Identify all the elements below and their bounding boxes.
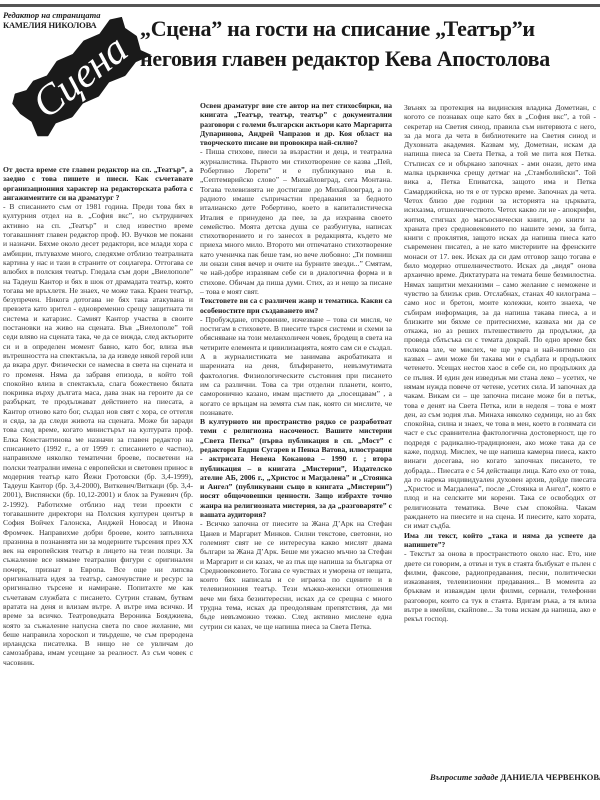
- byline-label: Въпросите зададе: [430, 772, 498, 782]
- section-banner: Сцена: [8, 13, 152, 142]
- page-editor-credit: Редактор на страницата КАМЕЛИЯ НИКОЛОВА: [3, 10, 101, 30]
- interview-question: В културното ни пространство рядко се ра…: [200, 417, 392, 519]
- article-headline: „Сцена” на гости на списание „Театър”и н…: [140, 14, 600, 74]
- article-column-1: От доста време сте главен редактор на сп…: [3, 165, 193, 667]
- interview-question: Освен драматург вие сте автор на пет сти…: [200, 101, 392, 147]
- interview-answer: - Текстът за онова в пространството окол…: [404, 549, 596, 623]
- headline-line-2: неговия главен редактор Кева Апостолова: [140, 44, 600, 74]
- interview-answer: - В списанието съм от 1981 година. Преди…: [3, 202, 193, 667]
- interview-question: От доста време сте главен редактор на сп…: [3, 165, 193, 202]
- top-rule: [0, 4, 600, 7]
- editor-role: Редактор на страницата: [3, 10, 101, 20]
- interview-answer: Звънях за протекция на видинския владика…: [404, 103, 596, 531]
- interview-question: Текстовете ви са с различен жанр и темат…: [200, 296, 392, 315]
- article-column-2: Освен драматург вие сте автор на пет сти…: [200, 101, 392, 631]
- editor-name: КАМЕЛИЯ НИКОЛОВА: [3, 20, 101, 30]
- interview-answer: - Пробуждане, откровение, изчезване – то…: [200, 315, 392, 417]
- section-banner-label: Сцена: [8, 13, 152, 142]
- interview-answer: - Всичко започна от пиесите за Жана Д’Ар…: [200, 519, 392, 631]
- byline-name: ДАНИЕЛА ЧЕРВЕНКОВА: [500, 772, 600, 782]
- interview-answer: - Пиша стихове, пиеси за възрастни и дец…: [200, 147, 392, 296]
- headline-line-1: „Сцена” на гости на списание „Театър”и: [140, 14, 600, 44]
- interviewer-byline: Въпросите зададе ДАНИЕЛА ЧЕРВЕНКОВА: [430, 772, 600, 782]
- article-column-3: Звънях за протекция на видинския владика…: [404, 103, 596, 624]
- interview-question: Има ли текст, който „така и няма да успе…: [404, 531, 596, 550]
